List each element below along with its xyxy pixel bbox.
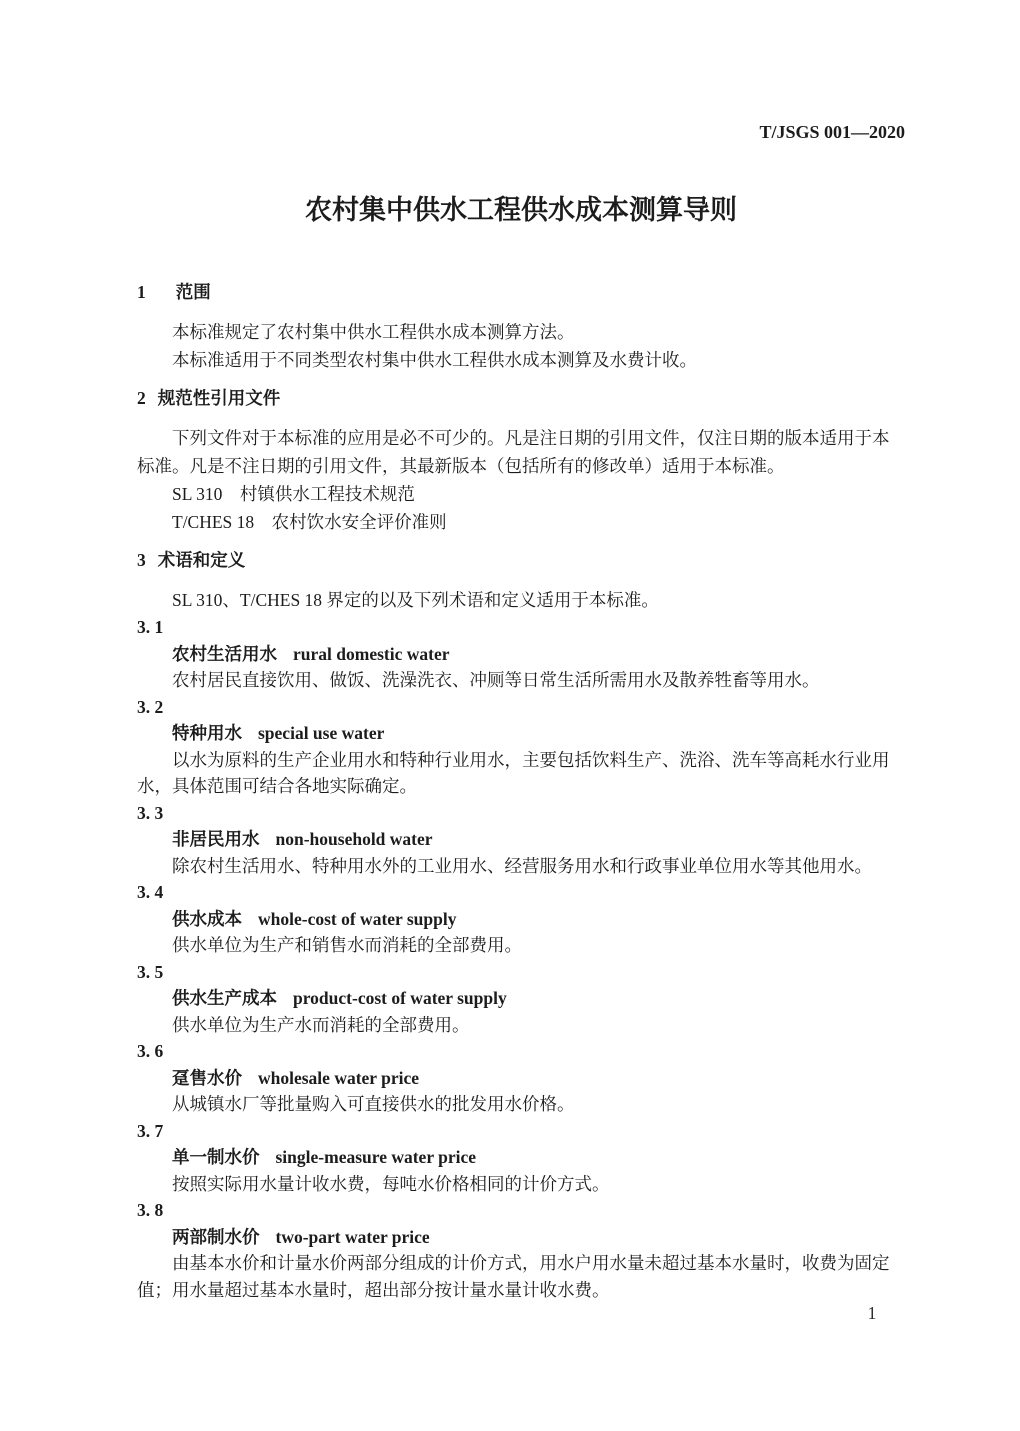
paragraph: 本标准适用于不同类型农村集中供水工程供水成本测算及水费计收。 [137,346,905,374]
doc-title: 农村集中供水工程供水成本测算导则 [137,192,905,228]
term-heading: 供水生产成本product-cost of water supply [137,985,905,1012]
term-zh: 趸售水价 [172,1068,242,1088]
paragraph: 本标准规定了农村集中供水工程供水成本测算方法。 [137,318,905,346]
section-1-heading: 1范围 [137,278,905,306]
term-definition: 按照实际用水量计收水费，每吨水价格相同的计价方式。 [137,1171,905,1198]
term-en: whole-cost of water supply [258,909,457,929]
section-3-number: 3 [137,550,146,570]
term-definition: 除农村生活用水、特种用水外的工业用水、经营服务用水和行政事业单位用水等其他用水。 [137,853,905,880]
section-2-title: 规范性引用文件 [158,388,281,408]
term-number: 3. 4 [137,879,905,906]
term-heading: 农村生活用水rural domestic water [137,641,905,668]
paragraph: 下列文件对于本标准的应用是必不可少的。凡是注日期的引用文件，仅注日期的版本适用于… [137,424,905,480]
term-definition: 从城镇水厂等批量购入可直接供水的批发用水价格。 [137,1091,905,1118]
section-terms-definitions: 3术语和定义 SL 310、T/CHES 18 界定的以及下列术语和定义适用于本… [137,546,905,1303]
term-en: special use water [258,723,384,743]
section-1-number: 1 [137,282,146,302]
term-number: 3. 8 [137,1197,905,1224]
term-zh: 供水生产成本 [172,988,277,1008]
term-definition: 以水为原料的生产企业用水和特种行业用水，主要包括饮料生产、洗浴、洗车等高耗水行业… [137,747,905,800]
term-number: 3. 7 [137,1118,905,1145]
term-heading: 供水成本whole-cost of water supply [137,906,905,933]
term-definition: 供水单位为生产和销售水而消耗的全部费用。 [137,932,905,959]
term-zh: 两部制水价 [172,1227,260,1247]
term-heading: 趸售水价wholesale water price [137,1065,905,1092]
term-number: 3. 6 [137,1038,905,1065]
section-2-number: 2 [137,388,146,408]
section-3-heading: 3术语和定义 [137,546,905,574]
term-definition: 供水单位为生产水而消耗的全部费用。 [137,1012,905,1039]
term-zh: 农村生活用水 [172,644,277,664]
page-number: 1 [858,1299,886,1327]
term-heading: 特种用水special use water [137,720,905,747]
term-zh: 非居民用水 [172,829,260,849]
term-heading: 两部制水价two-part water price [137,1224,905,1251]
term-en: product-cost of water supply [293,988,507,1008]
term-zh: 特种用水 [172,723,242,743]
terms-list: 3. 1 农村生活用水rural domestic water 农村居民直接饮用… [137,614,905,1303]
term-en: wholesale water price [258,1068,419,1088]
section-3-title: 术语和定义 [158,550,246,570]
section-2-heading: 2规范性引用文件 [137,384,905,412]
term-number: 3. 2 [137,694,905,721]
term-definition: 农村居民直接饮用、做饭、洗澡洗衣、冲厕等日常生活所需用水及散养牲畜等用水。 [137,667,905,694]
term-number: 3. 3 [137,800,905,827]
reference-item: SL 310 村镇供水工程技术规范 [137,480,905,508]
section-normative-references: 2规范性引用文件 下列文件对于本标准的应用是必不可少的。凡是注日期的引用文件，仅… [137,384,905,536]
term-heading: 非居民用水non-household water [137,826,905,853]
reference-item: T/CHES 18 农村饮水安全评价准则 [137,508,905,536]
term-heading: 单一制水价single-measure water price [137,1144,905,1171]
section-scope: 1范围 本标准规定了农村集中供水工程供水成本测算方法。 本标准适用于不同类型农村… [137,278,905,374]
paragraph: SL 310、T/CHES 18 界定的以及下列术语和定义适用于本标准。 [137,586,905,614]
section-1-title: 范围 [176,282,211,302]
term-en: non-household water [276,829,433,849]
document-page: T/JSGS 001—2020 农村集中供水工程供水成本测算导则 1范围 本标准… [0,0,1020,1431]
doc-code: T/JSGS 001—2020 [137,0,905,146]
term-number: 3. 5 [137,959,905,986]
term-number: 3. 1 [137,614,905,641]
term-en: rural domestic water [293,644,449,664]
term-en: two-part water price [276,1227,430,1247]
term-en: single-measure water price [276,1147,477,1167]
term-zh: 单一制水价 [172,1147,260,1167]
term-definition: 由基本水价和计量水价两部分组成的计价方式，用水户用水量未超过基本水量时，收费为固… [137,1250,905,1303]
term-zh: 供水成本 [172,909,242,929]
